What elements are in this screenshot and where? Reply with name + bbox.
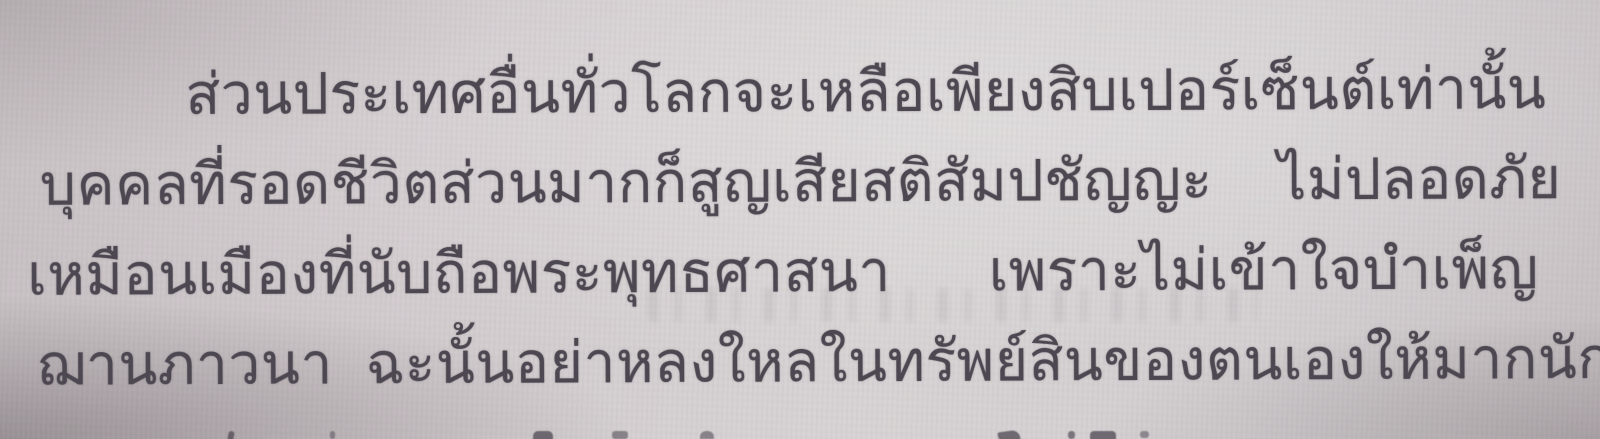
paragraph-line-1: ส่วนประเทศอื่นทั่วโลกจะเหลือเพียงสิบเปอร… — [185, 61, 1546, 124]
paragraph-line-3: เหมือนเมืองที่นับถือพระพุทธศาสนา เพราะไม… — [27, 241, 1539, 305]
photographed-page: ส่วนประเทศอื่นทั่วโลกจะเหลือเพียงสิบเปอร… — [0, 0, 1600, 439]
paragraph-line-4: ฌานภาวนา ฉะนั้นอย่าหลงใหลในทรัพย์สินของต… — [37, 330, 1600, 394]
paragraph-line-2: บุคคลที่รอดชีวิตส่วนมากก็สูญเสียสติสัมปช… — [40, 151, 1562, 215]
paragraph-text-block: ส่วนประเทศอื่นทั่วโลกจะเหลือเพียงสิบเปอร… — [0, 0, 1600, 439]
